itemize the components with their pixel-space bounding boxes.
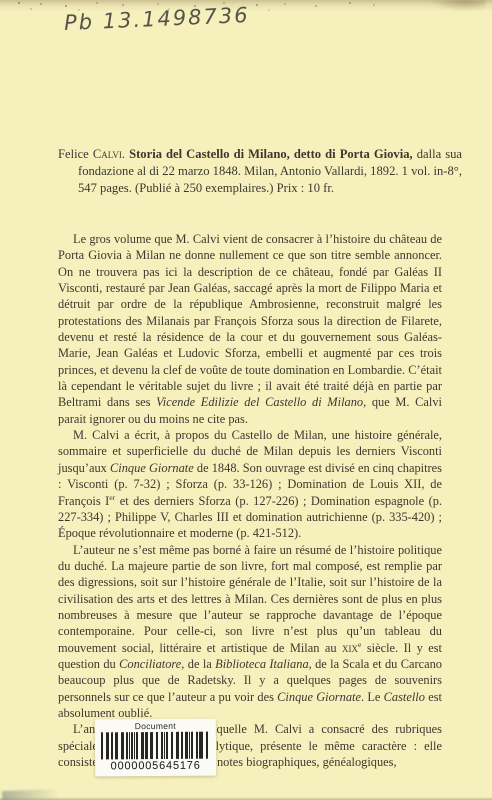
barcode-caption: Document [99, 721, 212, 732]
scan-noise-specks [18, 2, 20, 4]
review-paragraph: M. Calvi a écrit, à propos du Castello d… [58, 427, 442, 541]
review-body: Le gros volume que M. Calvi vient de con… [58, 231, 442, 770]
scan-smudge-bottom-left [2, 789, 60, 800]
barcode-label: Document 0000005645176 [95, 719, 216, 777]
handwritten-shelfmark: Pb 13.1498736 [64, 3, 250, 35]
scanned-page: Pb 13.1498736 Felice Calvi. Storia del C… [0, 0, 492, 800]
barcode-number: 0000005645176 [99, 760, 212, 773]
review-paragraph: L’auteur ne s’est même pas borné à faire… [58, 542, 442, 722]
barcode-icon [101, 732, 210, 760]
scan-smudge-top-right [402, 0, 486, 30]
bibliographic-entry: Felice Calvi. Storia del Castello di Mil… [58, 146, 462, 196]
review-paragraph: Le gros volume que M. Calvi vient de con… [58, 231, 442, 427]
